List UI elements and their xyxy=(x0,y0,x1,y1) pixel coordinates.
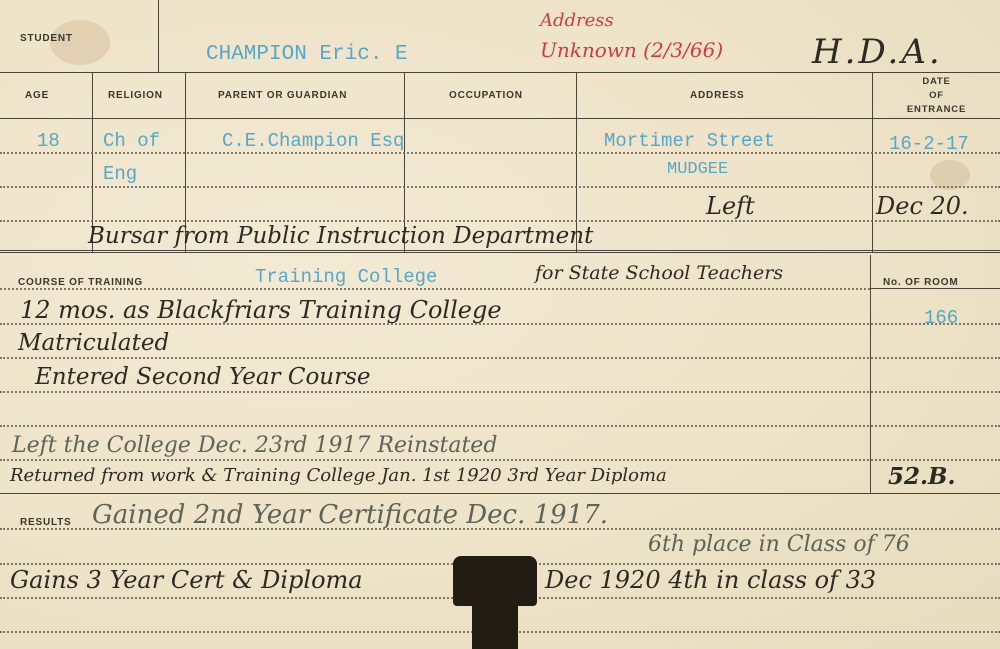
results-line-3b: Dec 1920 4th in class of 33 xyxy=(545,566,876,594)
room-number: 166 xyxy=(924,307,958,329)
room-number-2: 52.B. xyxy=(888,463,955,490)
label-occupation: OCCUPATION xyxy=(449,90,523,101)
divider xyxy=(0,118,1000,119)
left-date: Dec 20. xyxy=(876,192,969,220)
ruled-line xyxy=(0,288,870,290)
student-name: CHAMPION Eric. E xyxy=(206,43,408,66)
results-line-2: 6th place in Class of 76 xyxy=(648,532,910,557)
label-of: OF xyxy=(873,89,1000,103)
bursar-note: Bursar from Public Instruction Departmen… xyxy=(88,223,593,249)
divider xyxy=(870,288,1000,289)
divider xyxy=(870,255,871,493)
divider xyxy=(0,250,1000,255)
label-date-of-entrance: DATE OF ENTRANCE xyxy=(873,75,1000,117)
ruled-line xyxy=(0,459,1000,461)
religion-line2: Eng xyxy=(103,163,137,185)
results-line-1: Gained 2nd Year Certificate Dec. 1917. xyxy=(92,500,608,530)
ruled-line xyxy=(0,357,1000,359)
label-address: ADDRESS xyxy=(690,90,745,101)
course-line-2: Matriculated xyxy=(18,330,169,356)
divider xyxy=(0,72,1000,73)
initials: H.D.A. xyxy=(812,32,943,72)
label-date: DATE xyxy=(873,75,1000,89)
address-line2: MUDGEE xyxy=(667,160,728,179)
label-student: STUDENT xyxy=(20,33,73,44)
divider xyxy=(0,493,1000,494)
course-line-3: Entered Second Year Course xyxy=(35,364,371,390)
results-line-3a: Gains 3 Year Cert & Diploma xyxy=(10,566,363,594)
card-index-notch-stem xyxy=(472,600,518,649)
red-note-address: Address xyxy=(540,10,614,31)
label-religion: RELIGION xyxy=(108,90,163,101)
label-age: AGE xyxy=(25,90,49,101)
card-index-notch xyxy=(453,556,537,606)
ruled-line xyxy=(0,391,1000,393)
label-entrance: ENTRANCE xyxy=(873,103,1000,117)
ruled-line xyxy=(0,186,1000,188)
label-parent: PARENT OR GUARDIAN xyxy=(218,90,347,101)
ruled-line xyxy=(0,152,1000,154)
divider xyxy=(158,0,159,72)
date-of-entrance-value: 16-2-17 xyxy=(889,133,969,155)
label-no-of-room: No. OF ROOM xyxy=(883,277,958,288)
course-line-1: 12 mos. as Blackfriars Training College xyxy=(20,296,502,324)
ruled-line xyxy=(0,425,1000,427)
returned-line: Returned from work & Training College Ja… xyxy=(10,465,667,486)
left-college-line: Left the College Dec. 23rd 1917 Reinstat… xyxy=(12,433,497,458)
age-value: 18 xyxy=(37,130,60,152)
ruled-line xyxy=(0,220,1000,222)
religion-line1: Ch of xyxy=(103,130,160,152)
address-line1: Mortimer Street xyxy=(604,130,775,152)
left-note: Left xyxy=(706,192,755,220)
parent-value: C.E.Champion Esq xyxy=(222,130,404,152)
label-course-of-training: COURSE OF TRAINING xyxy=(18,277,143,288)
course-hand-suffix: for State School Teachers xyxy=(535,262,783,284)
red-note-unknown: Unknown (2/3/66) xyxy=(540,38,723,62)
course-typed: Training College xyxy=(255,266,437,288)
label-results: RESULTS xyxy=(20,517,72,528)
student-record-card: STUDENT AGE RELIGION PARENT OR GUARDIAN … xyxy=(0,0,1000,649)
